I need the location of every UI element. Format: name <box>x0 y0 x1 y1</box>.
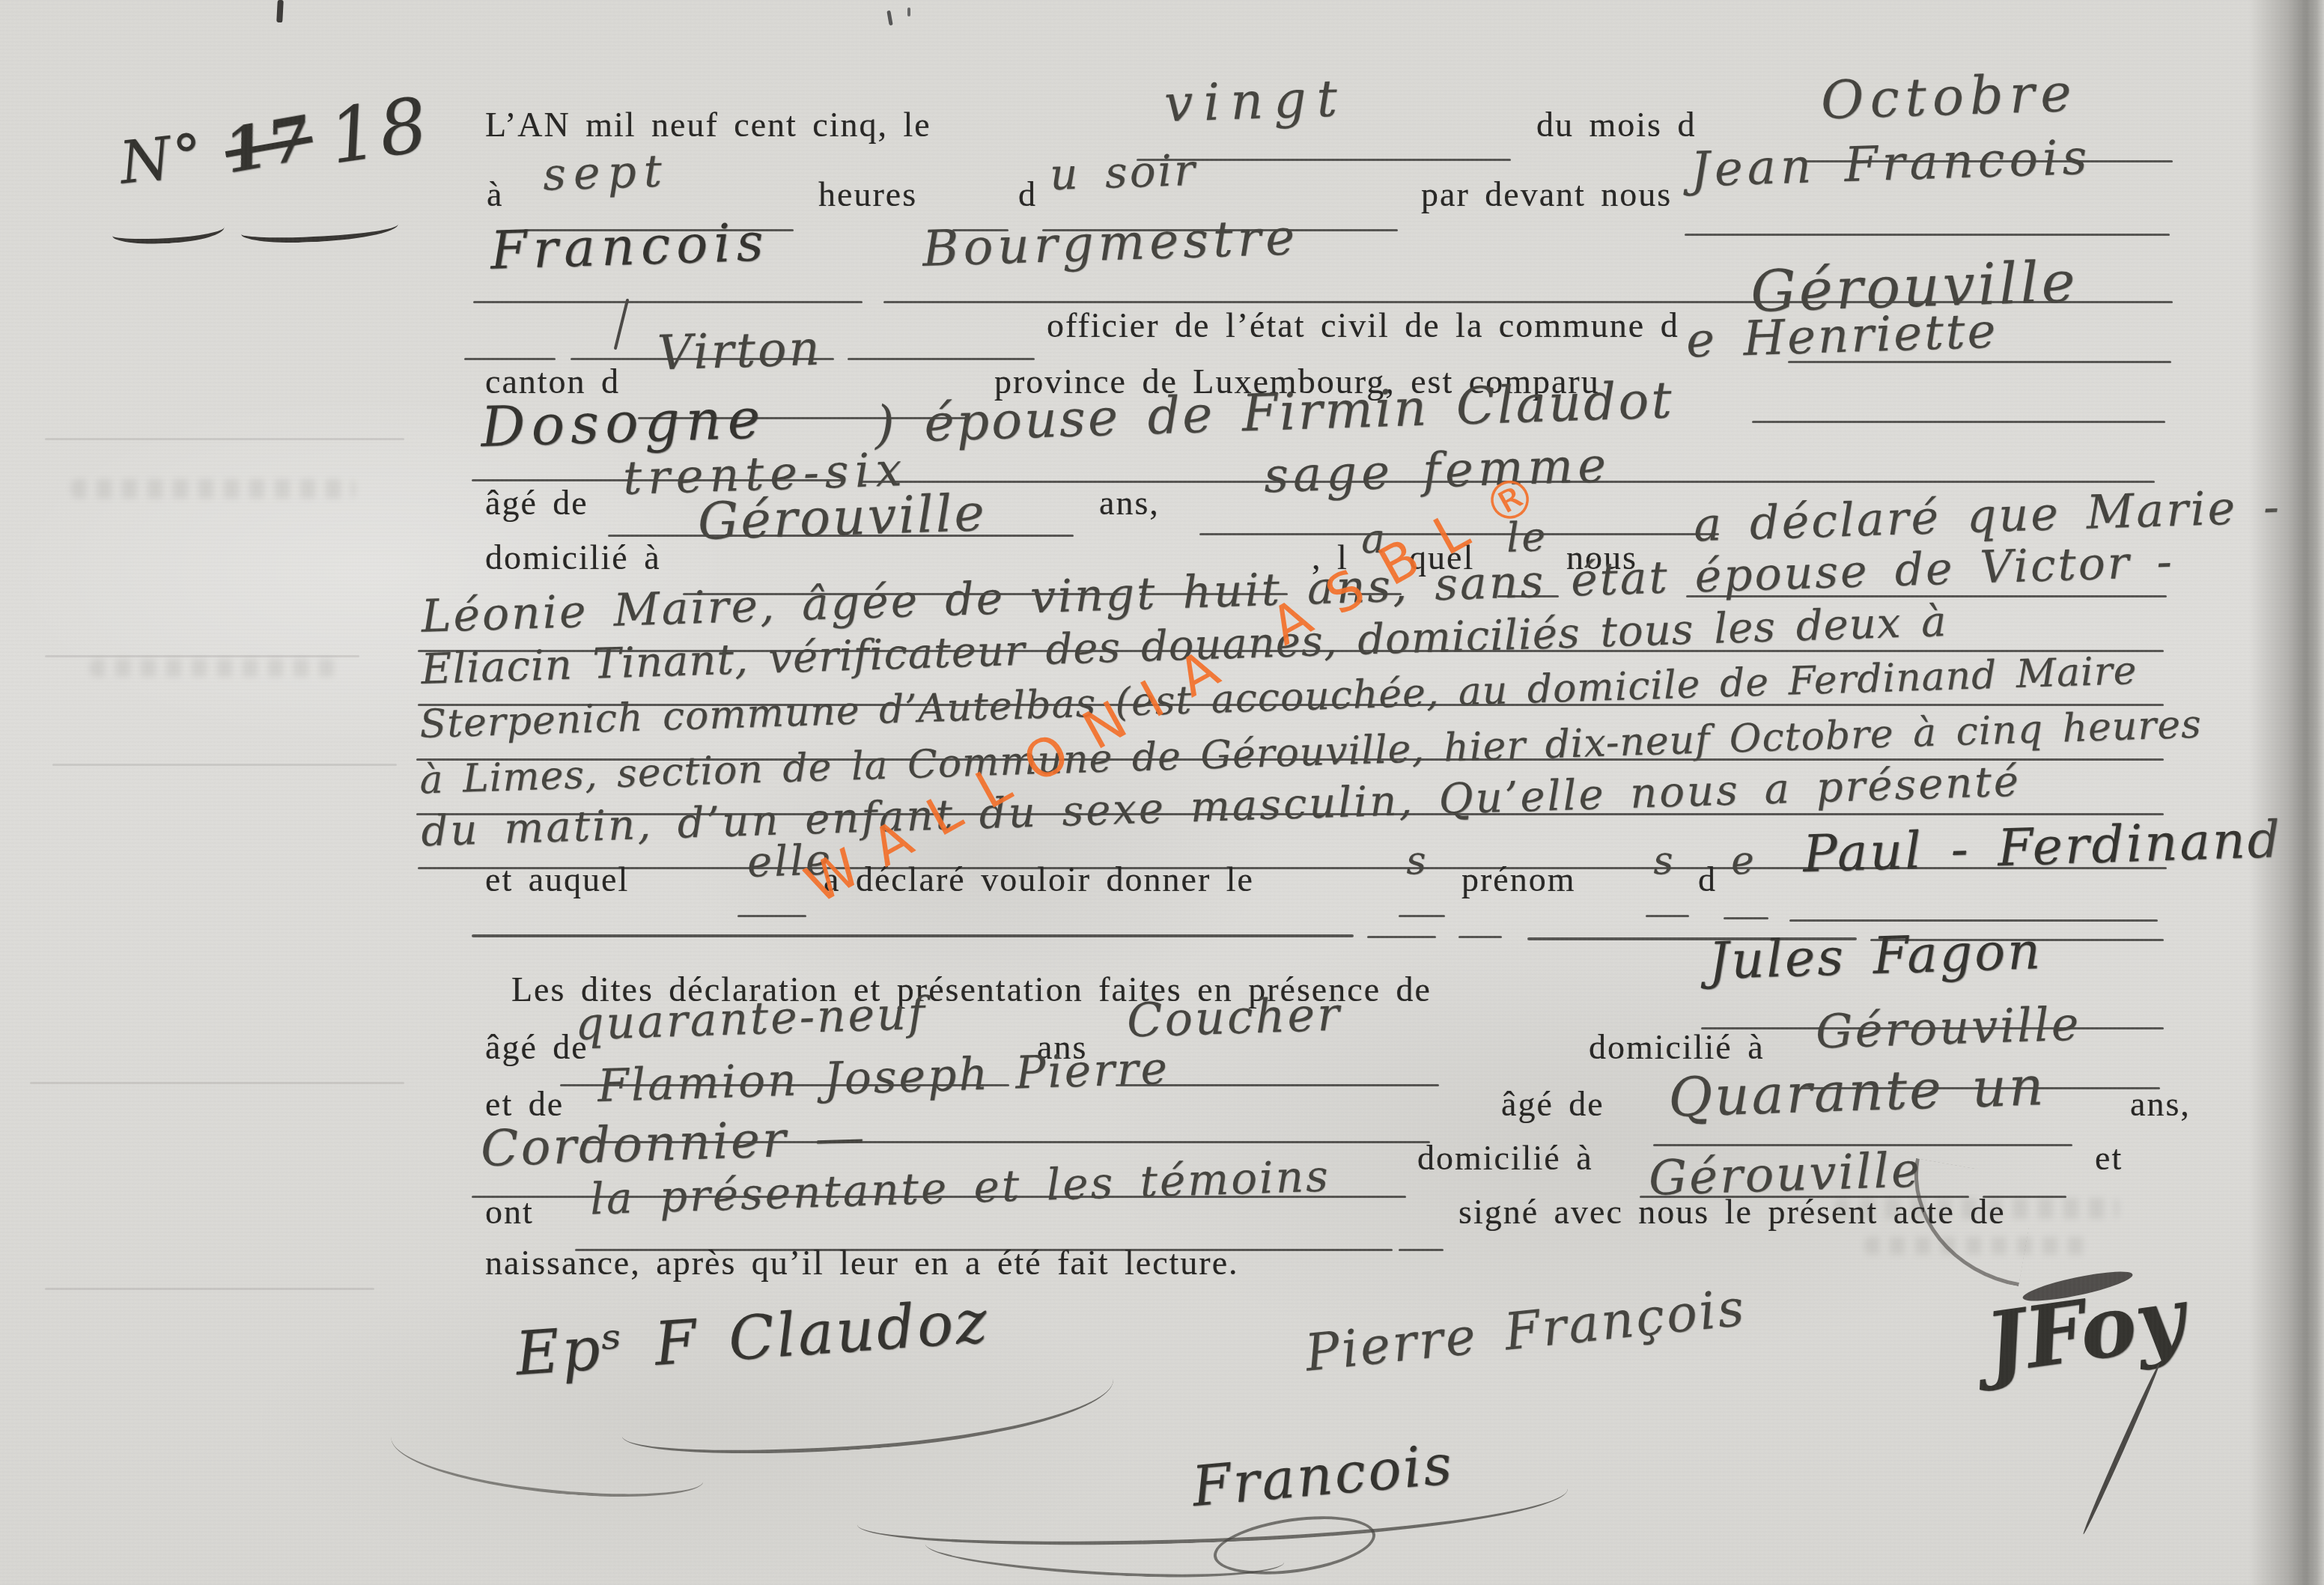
stray-pen-stroke <box>614 299 630 350</box>
rule-line <box>1399 1249 1444 1251</box>
handwritten-comparant-firstname: e Henriette <box>1685 303 1998 368</box>
act-number-struck: 17 <box>219 103 318 187</box>
separator-stroke <box>472 934 1354 937</box>
handwritten-hour: sept <box>542 144 670 201</box>
ink-flourish <box>241 219 399 244</box>
printed-heures: heures <box>818 174 917 214</box>
handwritten-witness2-name: Flamion Joseph Pierre <box>597 1042 1170 1113</box>
ink-flourish <box>2081 1362 2162 1535</box>
rule-line <box>1685 234 2170 236</box>
bleed-through-mark <box>90 659 337 677</box>
handwritten-witness1-profession: Coucher <box>1126 987 1342 1048</box>
rule-line <box>737 915 806 917</box>
handwritten-plural-s: s <box>1405 839 1429 884</box>
printed-age-label: âgé de <box>1501 1084 1604 1124</box>
printed-prenom: prénom <box>1461 860 1576 899</box>
rule-line <box>1752 421 2165 423</box>
act-number-prefix: N° <box>117 121 208 197</box>
separator-stroke <box>1367 936 1436 938</box>
handwritten-de-e: e <box>1730 838 1757 883</box>
handwritten-domicile: Gérouville <box>697 484 988 552</box>
handwritten-officer-title: Bourgmestre <box>922 208 1300 278</box>
printed-at: à <box>487 174 503 214</box>
handwritten-day: vingt <box>1163 69 1348 134</box>
handwritten-officer-firstname: Jean Francois <box>1690 130 2092 198</box>
printed-year-line: L’AN mil neuf cent cinq, le <box>485 105 931 144</box>
rule-line <box>473 301 863 303</box>
handwritten-canton: Virton <box>657 321 823 382</box>
ink-flourish <box>620 1375 1117 1466</box>
bleed-through-rule <box>45 1288 374 1290</box>
signature-pierre-francois: Pierre François <box>1302 1278 1748 1383</box>
rule-line <box>464 358 556 360</box>
handwritten-time-of-day: u soir <box>1049 144 1198 200</box>
printed-officier-etat-civil: officier de l’état civil de la commune d <box>1047 305 1679 345</box>
printed-age-label: âgé de <box>485 1027 588 1067</box>
bleed-through-rule <box>52 764 397 766</box>
rule-line <box>1399 915 1445 917</box>
printed-month-label: du mois d <box>1536 105 1696 144</box>
bleed-through-mark <box>71 479 356 499</box>
rule-line <box>1789 919 2158 922</box>
ink-flourish <box>112 222 225 246</box>
ink-speck <box>886 10 892 26</box>
bleed-through-rule <box>30 1082 404 1084</box>
printed-ont: ont <box>485 1192 534 1232</box>
birth-record-scan: N° 17 18 L’AN mil neuf cent cinq, le vin… <box>0 0 2324 1585</box>
printed-domicile-label: domicilié à <box>485 538 661 577</box>
ink-speck <box>276 0 284 22</box>
printed-signe-avec-nous: signé avec nous le présent acte de <box>1458 1192 2006 1232</box>
printed-ans: ans, <box>2130 1084 2191 1124</box>
handwritten-witness1-age: quarante-neuf <box>574 988 928 1051</box>
printed-d: d <box>1018 174 1037 214</box>
rule-line <box>1646 915 1689 917</box>
printed-age-label: âgé de <box>485 483 588 523</box>
printed-devant-nous: par devant nous <box>1421 174 1672 214</box>
ink-speck <box>907 7 910 16</box>
act-number-value: 18 <box>324 80 435 180</box>
handwritten-child-name: Paul - Ferdinand <box>1802 810 2283 884</box>
handwritten-witness2-age: Quarante un <box>1667 1054 2047 1129</box>
printed-et: et <box>2095 1138 2123 1178</box>
handwritten-witness1-domicile: Gérouville <box>1815 996 2081 1059</box>
printed-ans: ans, <box>1099 483 1160 523</box>
separator-stroke <box>1458 936 1502 938</box>
handwritten-witness1-name: Jules Fagon <box>1708 922 2043 991</box>
printed-et-auquel: et auquel <box>485 860 629 899</box>
handwritten-month: Octobre <box>1820 62 2078 132</box>
printed-domicile-label: domicilié à <box>1589 1027 1765 1067</box>
signature-claudoz: Epˢ F Claudoz <box>514 1286 991 1389</box>
page-edge-shadow <box>2249 0 2324 1585</box>
printed-de: d <box>1698 860 1717 899</box>
handwritten-plural-s: s <box>1652 839 1676 884</box>
bleed-through-rule <box>45 655 359 657</box>
rule-line <box>1724 917 1768 919</box>
printed-domicile-label: domicilié à <box>1417 1138 1593 1178</box>
handwritten-officer-name: Francois <box>490 211 770 282</box>
printed-naissance-lecture: naissance, après qu’il leur en a été fai… <box>485 1243 1239 1283</box>
rule-line <box>848 358 1035 360</box>
bleed-through-rule <box>45 438 404 440</box>
